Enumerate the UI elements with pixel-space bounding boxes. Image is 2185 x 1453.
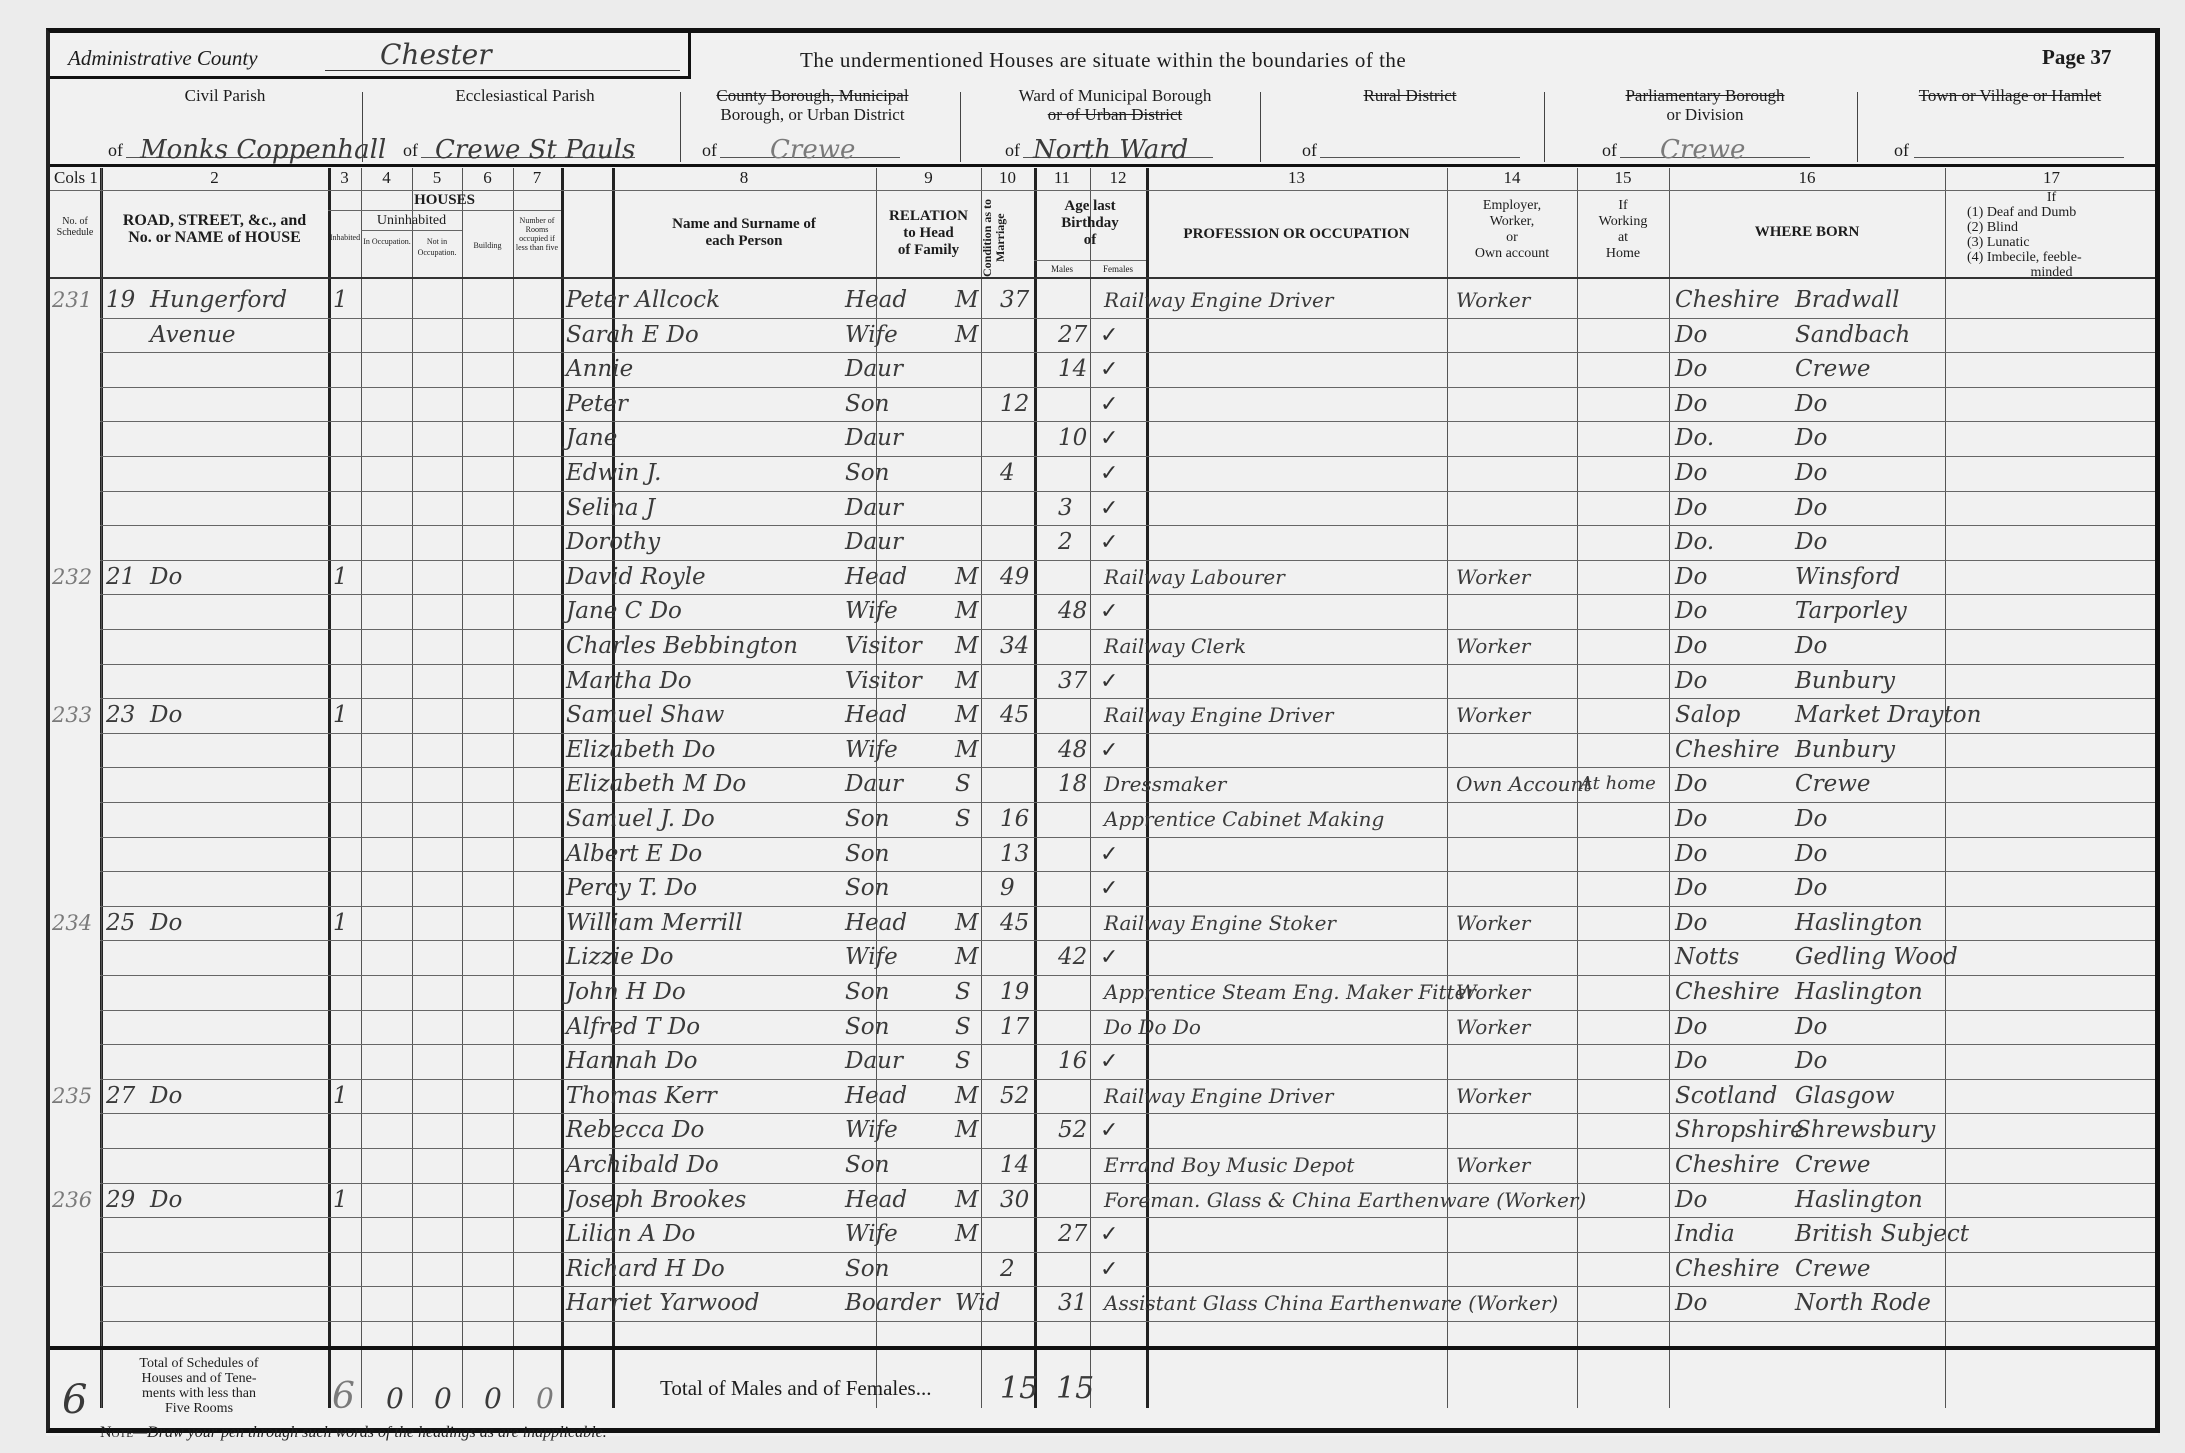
sheet-frame xyxy=(46,28,2160,1433)
note-text: —Draw your pen through such words of the… xyxy=(133,1424,607,1441)
footnote: Note—Draw your pen through such words of… xyxy=(100,1424,607,1442)
note-prefix: Note xyxy=(100,1424,133,1441)
